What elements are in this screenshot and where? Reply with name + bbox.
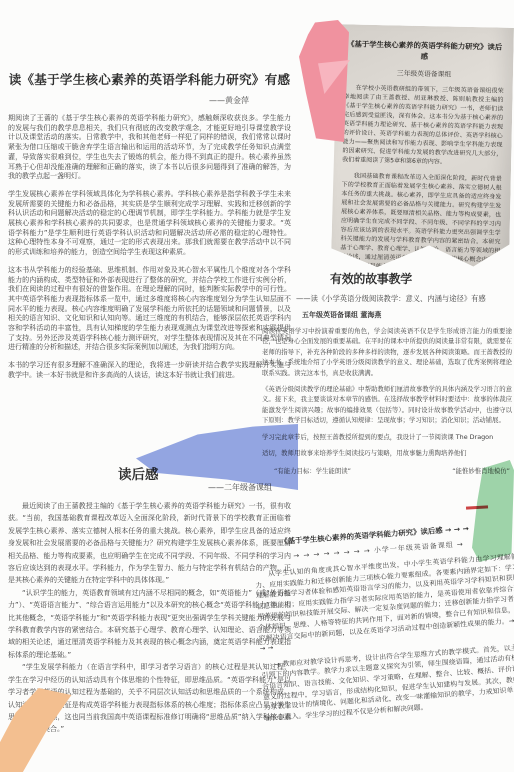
article-author: ——黄金萍 xyxy=(8,95,291,106)
story-title: 有效的故事教学 xyxy=(330,270,512,287)
blue-marker-stroke xyxy=(136,424,298,490)
photographed-page-content: 《基于学生核心素养的英语学科能力研究》读后感 三年级英语备课组 在学校小英语教研… xyxy=(330,24,514,308)
page-paragraph: 我国基础教育课程改革迈入全面深化阶段，新时代背景下的学校教育正面临着发展学生核心… xyxy=(340,171,502,273)
page-subtitle: 三年级英语备课组 xyxy=(344,66,504,79)
grade1-paragraph: → 教师应对教学设计再思考，设计出符合学生思维方式的教学模式。首先，以主题引领下… xyxy=(261,642,514,724)
page-paragraph: 在学校小英语教研组的带领下，三年级英语备课组很荣幸地阅读了由王蔷教授、胡亚琳教授… xyxy=(342,83,504,167)
article-paragraph: 学生发展核心素养在学科领域具体化为学科核心素养。学科核心素养是指学科教予学生未来… xyxy=(8,190,291,258)
story-goal-notes: “有能力目标：学生能朗读” “能惟妙惟肖地模仿” xyxy=(262,466,512,475)
story-byline: 五年级英语备课组 董海燕 xyxy=(302,310,512,320)
story-teaching-essay: 有效的故事教学 ——读《小学英语分级阅读教学：意义、内涵与途径》有感 五年级英语… xyxy=(262,270,512,475)
article-title: 读《基于学生核心素养的英语学科能力研究》有感 xyxy=(8,70,291,88)
story-paragraph: 学习完此章节后，按照王蔷教授所提到的要点，我设计了一节阅读课 The Drago… xyxy=(262,432,512,442)
article-paragraph: 本书的学习还有很多理解不准确深入的理论，我将进一步研读并结合教学实践理解并实施与… xyxy=(8,361,291,380)
story-paragraph: 《英语分级阅读教学的理论基础》中帮助教师们厘清故事教学的具体内涵及学习语言的意义… xyxy=(262,384,512,426)
pen-arrows: → → → xyxy=(445,524,469,535)
photographed-page-grade3: 《基于学生核心素养的英语学科能力研究》读后感 三年级英语备课组 在学校小英语教研… xyxy=(331,24,514,280)
page-title: 《基于学生核心素养的英语学科能力研究》读后感 xyxy=(344,38,504,63)
story-paragraph: 阅读在英语学习中扮演着重要的角色，学会阅读英语不仅是学生形成语言能力的重要途径，… xyxy=(262,326,512,378)
article-paragraph: 期阅读了王蔷的《基于学生核心素养的英语学科能力研究》，感触颇深收获良多。学生能力… xyxy=(8,114,291,182)
article-paragraph: 这本书从学科能力的经验基础、思维机制、作用对象及其心智水平属性几个维度对各个学科… xyxy=(8,266,291,353)
story-paragraph: 适切，教师用故事来培养学生阅读技巧与策略，用故事魅力熏陶培养他们 xyxy=(262,448,512,458)
review-paragraph: 最近阅读了由王蔷教授主编的《基于学生核心素养的英语学科能力研究》一书，很有收获。… xyxy=(8,500,291,587)
story-subtitle: ——读《小学英语分级阅读教学：意义、内涵与途径》有感 xyxy=(296,294,512,304)
grade1-paragraph: 从学生认知的角度或其心智水平维度出发，中小学生英语学科能力由学习理解能力、应用实… xyxy=(254,552,514,655)
scanned-essay-collage: 读《基于学生核心素养的英语学科能力研究》有感 ——黄金萍 期阅读了王蔷的《基于学… xyxy=(0,0,514,772)
grade2-review-byline: ——二年级备课组 xyxy=(0,482,272,493)
article-core-literacy-reflection: 读《基于学生核心素养的英语学科能力研究》有感 ——黄金萍 期阅读了王蔷的《基于学… xyxy=(8,70,291,381)
review-paragraph: “认识学生的能力，英语教育领域有过内涵不尽相同的概念，如“英语能力”（或“外语能… xyxy=(8,587,291,661)
